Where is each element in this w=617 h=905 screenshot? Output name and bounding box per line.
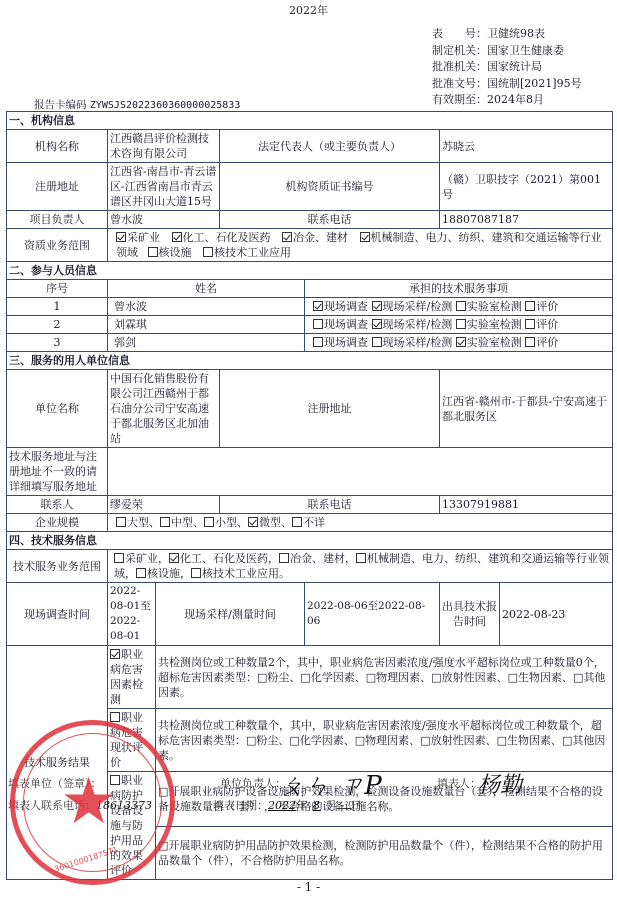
checkbox-checked-icon[interactable] <box>372 301 382 311</box>
scope-option-mining: 采矿业 <box>116 231 160 244</box>
tech-scope: 采矿业，化工、石化及医药，冶金、建材，机械制造、电力、纺织、建筑和交通运输等行业… <box>108 550 613 583</box>
sampling-time-label: 现场采样/测量时间 <box>156 583 305 646</box>
checkbox-checked-icon[interactable] <box>360 232 370 242</box>
leader-signature: ㄆㄣ ㄗP <box>278 765 382 802</box>
checkbox-empty-icon[interactable] <box>116 517 126 527</box>
unit-name-label: 单位名称 <box>7 370 108 448</box>
contact-value: 缪爱荣 <box>108 496 220 514</box>
service-addr-value <box>108 448 613 496</box>
scope-label: 资质业务范围 <box>7 229 108 262</box>
staff-services: 现场调查 现场采样/检测 实验室检测 评价 <box>305 334 613 352</box>
result-assessment-text: 共检测岗位或工种数量个，其中，职业病危害因素浓度/强度水平超标岗位或工种数量个，… <box>156 709 613 772</box>
staff-row: 3 郭剑 现场调查 现场采样/检测 实验室检测 评价 <box>7 334 613 352</box>
result-protection-ppe-text: □开展职业病防护用品防护效果检测，检测防护用品数量个（件），检测结果不合格的防护… <box>156 827 613 880</box>
section4-title: 四、技术服务信息 <box>7 532 613 550</box>
footer-leader: 单位负责人： <box>220 775 286 791</box>
checkbox-empty-icon[interactable] <box>203 247 213 257</box>
checkbox-checked-icon[interactable] <box>456 337 466 347</box>
official-stamp: ★ 3601000187571 <box>10 720 175 885</box>
size-label: 企业规模 <box>7 514 108 532</box>
checkbox-checked-icon[interactable] <box>313 301 323 311</box>
survey-time-value: 2022-08-01至2022-08-01 <box>108 583 156 646</box>
service-addr-label: 技术服务地址与注册地址不一致的请详细填写服务地址 <box>7 448 108 496</box>
unit-phone-label: 联系电话 <box>220 496 440 514</box>
pm-value: 曾水波 <box>108 211 220 229</box>
checkbox-empty-icon[interactable] <box>110 712 120 722</box>
checkbox-empty-icon[interactable] <box>148 247 158 257</box>
meta-approval-no: 批准文号：国统制[2021]95号 <box>432 76 582 93</box>
section3-title: 三、服务的用人单位信息 <box>7 352 613 370</box>
scope-option-metallurgy: 冶金、建材 <box>282 231 348 244</box>
checkbox-empty-icon[interactable] <box>372 337 382 347</box>
checkbox-empty-icon[interactable] <box>279 553 289 563</box>
checkbox-checked-icon[interactable] <box>169 553 179 563</box>
staff-services: 现场调查 现场采样/检测 实验室检测 评价 <box>305 298 613 316</box>
unit-reg-addr-value: 江西省-赣州市-于都县-宁安高速于都北服务区 <box>440 370 613 448</box>
checkbox-empty-icon[interactable] <box>356 553 366 563</box>
report-time-label: 出具技术报告时间 <box>440 583 500 646</box>
reg-addr-label: 注册地址 <box>7 163 108 211</box>
page-number: - 1 - <box>0 880 617 894</box>
checkbox-empty-icon[interactable] <box>313 319 323 329</box>
unit-phone-value: 13307919881 <box>440 496 613 514</box>
sampling-time-value: 2022-08-06至2022-08-06 <box>305 583 440 646</box>
checkbox-empty-icon[interactable] <box>525 319 535 329</box>
section1-title: 一、机构信息 <box>7 112 613 130</box>
meta-form-no: 表 号：卫健统98表 <box>432 26 582 43</box>
col-header-name: 姓名 <box>108 280 305 298</box>
cert-value: （赣）卫职技字（2021）第001号 <box>440 163 613 211</box>
checkbox-checked-icon[interactable] <box>282 232 292 242</box>
checkbox-checked-icon[interactable] <box>116 232 126 242</box>
checkbox-empty-icon[interactable] <box>114 553 124 563</box>
checkbox-empty-icon[interactable] <box>525 301 535 311</box>
enterprise-size: 大型、中型、小型、微型、不详 <box>108 514 613 532</box>
star-icon: ★ <box>60 770 117 834</box>
checkbox-empty-icon[interactable] <box>292 517 302 527</box>
qualification-scope: 采矿业 化工、石化及医药 冶金、建材 机械制造、电力、纺织、建筑和交通运输等行业… <box>108 229 613 262</box>
staff-row: 1 曾水波 现场调查 现场采样/检测 实验室检测 评价 <box>7 298 613 316</box>
org-name-value: 江西赣昌评价检测技术咨询有限公司 <box>108 130 220 163</box>
tech-scope-label: 技术服务业务范围 <box>7 550 108 583</box>
checkbox-checked-icon[interactable] <box>248 517 258 527</box>
filler-signature: 杨勤 <box>478 768 522 799</box>
staff-services: 现场调查 现场采样/检测 实验室检测 评价 <box>305 316 613 334</box>
scope-option-nuclear-tech: 核技术工业应用 <box>203 246 291 259</box>
contact-label: 联系人 <box>7 496 108 514</box>
scope-option-chemical: 化工、石化及医药 <box>172 231 271 244</box>
reg-addr-value: 江西省-南昌市-青云谱区-江西省南昌市青云谱区井冈山大道15号 <box>108 163 220 211</box>
section2-title: 二、参与人员信息 <box>7 262 613 280</box>
org-phone-value: 18807087187 <box>440 211 613 229</box>
col-header-services: 承担的技术服务事项 <box>305 280 613 298</box>
footer-filler: 填表人： <box>437 775 481 791</box>
checkbox-empty-icon[interactable] <box>204 517 214 527</box>
staff-row: 2 刘霖琪 现场调查 现场采样/检测 实验室检测 评价 <box>7 316 613 334</box>
result-detection-text: 共检测岗位或工种数量2个，其中，职业病危害因素浓度/强度水平超标岗位或工种数量0… <box>156 646 613 709</box>
meta-approver: 批准机关：国家统计局 <box>432 59 582 76</box>
checkbox-checked-icon[interactable] <box>110 649 120 659</box>
org-phone-label: 联系电话 <box>220 211 440 229</box>
cert-label: 机构资质证书编号 <box>220 163 440 211</box>
checkbox-empty-icon[interactable] <box>136 568 146 578</box>
form-metadata: 表 号：卫健统98表 制定机关：国家卫生健康委 批准机关：国家统计局 批准文号：… <box>432 26 582 109</box>
unit-reg-addr-label: 注册地址 <box>220 370 440 448</box>
legal-rep-value: 苏晓云 <box>440 130 613 163</box>
checkbox-empty-icon[interactable] <box>313 337 323 347</box>
unit-name-value: 中国石化销售股份有限公司江西赣州于都石油分公司宁安高速于都北服务区北加油站 <box>108 370 220 448</box>
report-code: 报告卡编码 ZYWSJS2022360360000025833 <box>34 97 240 112</box>
checkbox-checked-icon[interactable] <box>172 232 182 242</box>
checkbox-checked-icon[interactable] <box>372 319 382 329</box>
col-header-no: 序号 <box>7 280 108 298</box>
checkbox-empty-icon[interactable] <box>456 319 466 329</box>
pm-label: 项目负责人 <box>7 211 108 229</box>
scope-option-nuclear: 核设施 <box>148 246 192 259</box>
checkbox-empty-icon[interactable] <box>456 301 466 311</box>
survey-time-label: 现场调查时间 <box>7 583 108 646</box>
meta-valid-until: 有效期至：2024年8月 <box>432 92 582 109</box>
result-item-detection: 职业病危害因素检测 <box>108 646 156 709</box>
checkbox-empty-icon[interactable] <box>160 517 170 527</box>
checkbox-empty-icon[interactable] <box>525 337 535 347</box>
report-time-value: 2022-08-23 <box>500 583 613 646</box>
report-year: 2022年 <box>0 2 617 18</box>
org-name-label: 机构名称 <box>7 130 108 163</box>
checkbox-empty-icon[interactable] <box>191 568 201 578</box>
legal-rep-label: 法定代表人（或主要负责人） <box>220 130 440 163</box>
meta-authority: 制定机关：国家卫生健康委 <box>432 43 582 60</box>
